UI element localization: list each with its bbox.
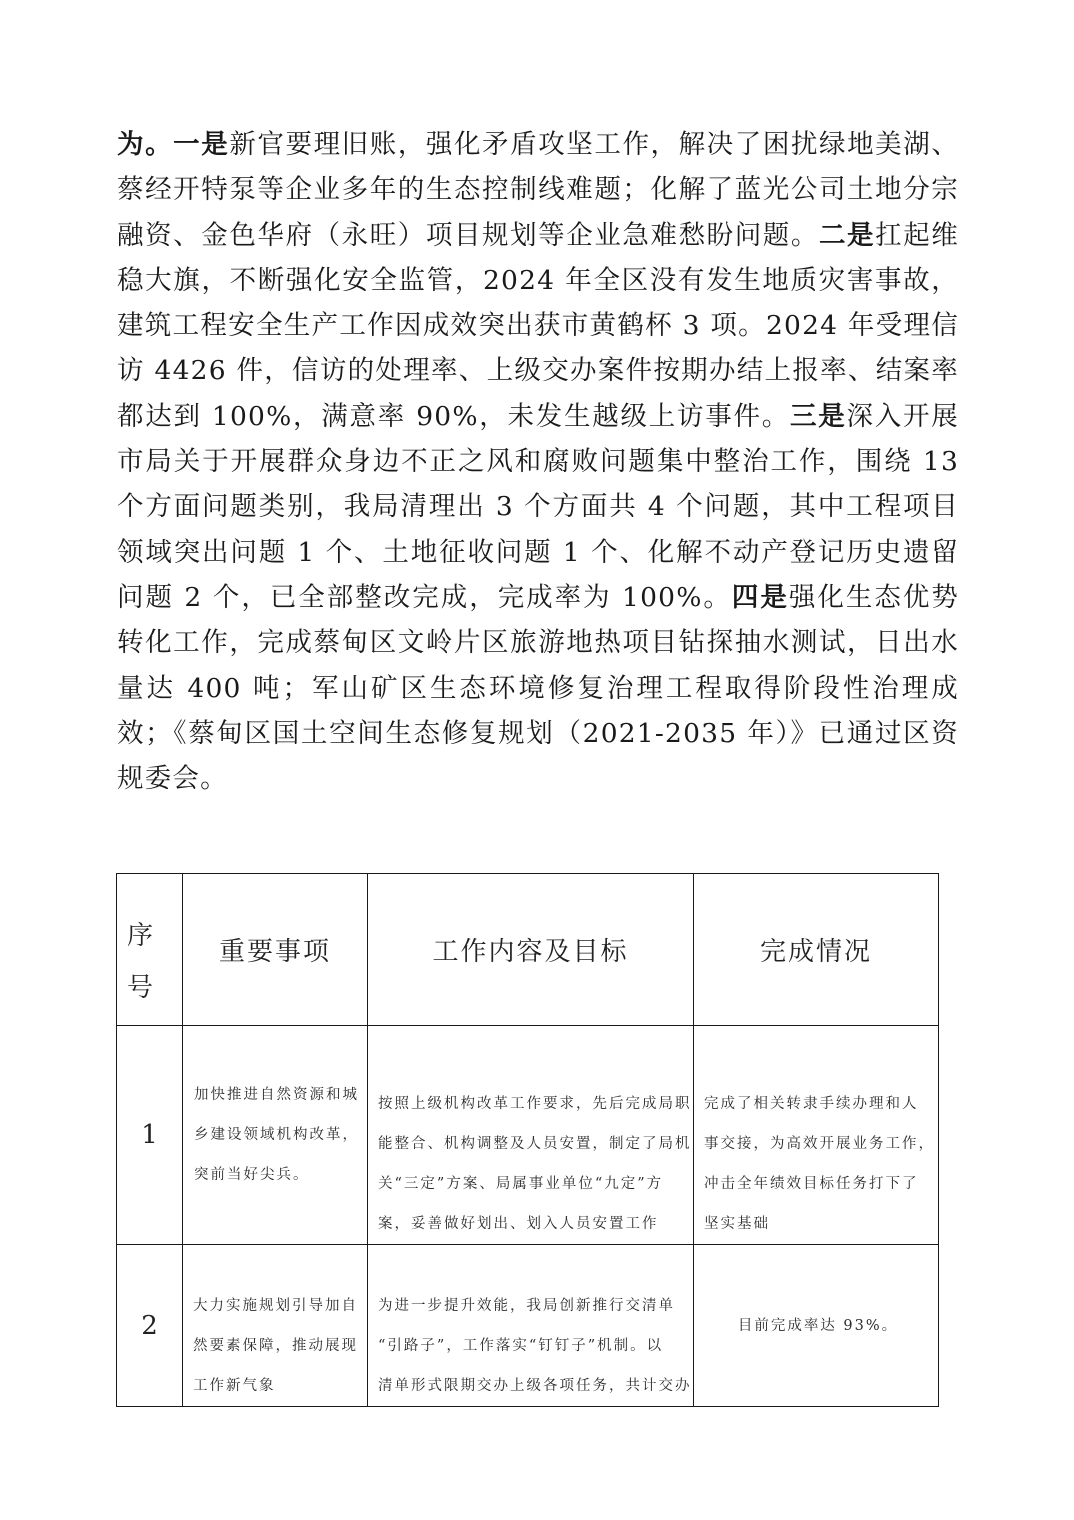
table-row: 1 加快推进自然资源和城 乡建设领域机构改革， 突前当好尖兵。 按照上级机构改革… xyxy=(117,1026,939,1245)
header-work-content: 工作内容及目标 xyxy=(368,874,694,1026)
row-number: 2 xyxy=(117,1245,183,1407)
bold-label-four: 四是 xyxy=(732,582,789,613)
body-paragraph: 为。一是新官要理旧账，强化矛盾攻坚工作，解决了困扰绿地美湖、蔡经开特泵等企业多年… xyxy=(117,122,959,801)
header-important-item: 重要事项 xyxy=(183,874,368,1026)
header-serial-number: 序 号 xyxy=(117,874,183,1026)
bold-prefix: 为。 xyxy=(117,129,173,160)
row-content: 按照上级机构改革工作要求，先后完成局职 能整合、机构调整及人员安置，制定了局机 … xyxy=(368,1026,694,1245)
bold-label-three: 三是 xyxy=(790,401,847,432)
work-items-table: 序 号 重要事项 工作内容及目标 完成情况 1 加快推进自然资源和城 乡建设领域… xyxy=(116,873,939,1407)
bold-label-two: 二是 xyxy=(819,220,875,251)
row-status: 目前完成率达 93%。 xyxy=(694,1245,939,1407)
row-number: 1 xyxy=(117,1026,183,1245)
document-page: 为。一是新官要理旧账，强化矛盾攻坚工作，解决了困扰绿地美湖、蔡经开特泵等企业多年… xyxy=(0,0,1074,1520)
row-item: 加快推进自然资源和城 乡建设领域机构改革， 突前当好尖兵。 xyxy=(183,1026,368,1245)
row-content: 为进一步提升效能，我局创新推行交清单 “引路子”，工作落实“钉钉子”机制。以 清… xyxy=(368,1245,694,1407)
row-item: 大力实施规划引导加自 然要素保障，推动展现 工作新气象 xyxy=(183,1245,368,1407)
table-row: 2 大力实施规划引导加自 然要素保障，推动展现 工作新气象 为进一步提升效能，我… xyxy=(117,1245,939,1407)
header-completion-status: 完成情况 xyxy=(694,874,939,1026)
paragraph-text-four: 强化生态优势转化工作，完成蔡甸区文岭片区旅游地热项目钻探抽水测试，日出水量达 4… xyxy=(117,582,959,794)
table-header-row: 序 号 重要事项 工作内容及目标 完成情况 xyxy=(117,874,939,1026)
row-status: 完成了相关转隶手续办理和人 事交接，为高效开展业务工作， 冲击全年绩效目标任务打… xyxy=(694,1026,939,1245)
bold-label-one: 一是 xyxy=(173,129,229,160)
